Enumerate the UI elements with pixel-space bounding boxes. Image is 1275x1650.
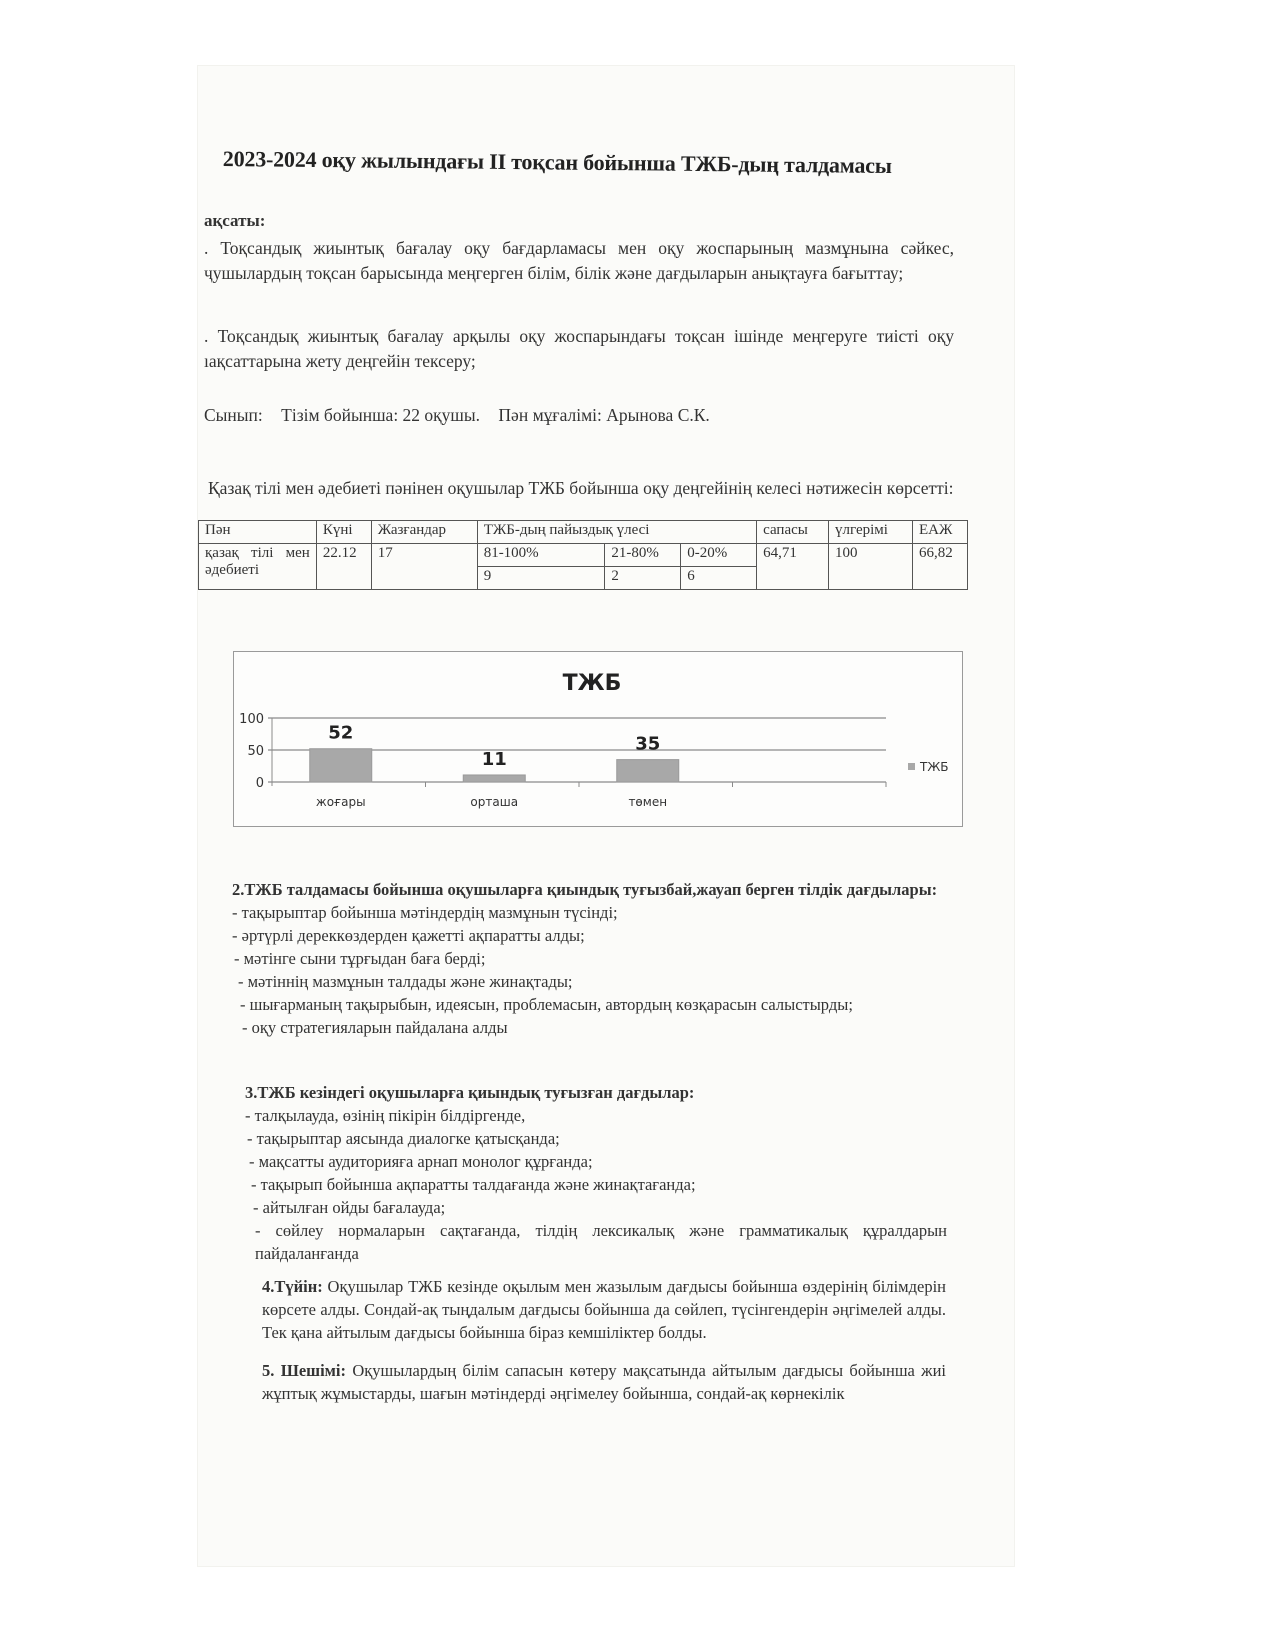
bar-0 [310,749,372,782]
list-item: - айтылған ойды бағалауда; [245,1196,947,1219]
header-share: ТЖБ-дың пайыздық үлесі [477,521,756,544]
section-decision: 5. Шешімі: Оқушылардың білім сапасын көт… [262,1359,946,1405]
header-date: Күні [316,521,371,544]
class-info: Сынып: Тізім бойынша: 22 оқушы. Пән мұға… [204,403,724,428]
teacher-name: Пән мұғалімі: Арынова С.К. [498,405,709,425]
svg-text:35: 35 [635,734,660,755]
cell-count-high: 9 [477,567,605,590]
goal-1: . Тоқсандық жиынтық бағалау оқу бағдарла… [204,236,954,286]
student-count: Тізім бойынша: 22 оқушы. [281,405,480,425]
tjb-bar-chart: ТЖБ05010052жоғары11орташа35төменТЖБ [233,651,963,827]
cell-range-low: 0-20% [681,544,757,567]
section-easy-skills: 2.ТЖБ талдамасы бойынша оқушыларға қиынд… [232,878,944,1039]
section-2-list: - тақырыптар бойынша мәтіндердің мазмұны… [232,901,944,1039]
svg-text:төмен: төмен [628,795,667,809]
table-row: қазақ тілі мен әдебиеті 22.12 17 81-100%… [199,544,968,567]
table-header-row: Пән Күні Жазғандар ТЖБ-дың пайыздық үлес… [199,521,968,544]
decision-label: 5. Шешімі: [262,1361,346,1380]
svg-text:жоғары: жоғары [316,795,366,809]
goal-label: ақсаты: [204,208,265,233]
header-subject: Пән [199,521,317,544]
section-conclusion: 4.Түйін: Оқушылар ТЖБ кезінде оқылым мен… [262,1275,946,1344]
list-item: - тақырып бойынша ақпаратты талдағанда ж… [245,1173,947,1196]
svg-text:11: 11 [482,749,507,770]
section-3-heading: 3.ТЖБ кезіндегі оқушыларға қиындық туғыз… [245,1081,947,1104]
header-writers: Жазғандар [371,521,477,544]
svg-text:52: 52 [328,723,353,744]
chart-title: ТЖБ [563,671,622,696]
svg-text:0: 0 [256,776,264,791]
svg-text:орташа: орташа [470,795,518,809]
cell-progress: 100 [829,544,913,590]
section-3-list: - талқылауда, өзінің пікірін білдіргенде… [245,1104,947,1265]
decision-text: Оқушылардың білім сапасын көтеру мақсаты… [262,1361,946,1403]
section-2-heading: 2.ТЖБ талдамасы бойынша оқушыларға қиынд… [232,878,944,901]
list-item: - тақырыптар аясында диалогке қатысқанда… [245,1127,947,1150]
svg-text:100: 100 [239,712,264,727]
chart-canvas: ТЖБ05010052жоғары11орташа35төменТЖБ [234,652,962,826]
bar-1 [463,775,525,782]
list-item: - мәтінге сыни тұрғыдан баға берді; [232,947,944,970]
results-intro: Қазақ тілі мен әдебиеті пәнінен оқушылар… [208,476,958,501]
list-item: - талқылауда, өзінің пікірін білдіргенде… [245,1104,947,1127]
cell-range-mid: 21-80% [605,544,681,567]
bar-2 [617,760,679,782]
goal-2: . Тоқсандық жиынтық бағалау арқылы оқу ж… [204,324,954,374]
cell-count-mid: 2 [605,567,681,590]
list-item: - тақырыптар бойынша мәтіндердің мазмұны… [232,901,944,924]
list-item: - әртүрлі дереккөздерден қажетті ақпарат… [232,924,944,947]
conclusion-label: 4.Түйін: [262,1277,323,1296]
cell-range-high: 81-100% [477,544,605,567]
header-eaj: ЕАЖ [912,521,967,544]
svg-text:ТЖБ: ТЖБ [919,760,949,774]
cell-quality: 64,71 [757,544,829,590]
section-hard-skills: 3.ТЖБ кезіндегі оқушыларға қиындық туғыз… [245,1081,947,1265]
list-item: - шығарманың тақырыбын, идеясын, проблем… [232,993,944,1016]
list-item: - мақсатты аудиторияға арнап монолог құр… [245,1150,947,1173]
cell-eaj: 66,82 [912,544,967,590]
list-item: - сөйлеу нормаларын сақтағанда, тілдің л… [245,1219,947,1265]
cell-date: 22.12 [316,544,371,590]
svg-text:50: 50 [247,744,264,759]
header-quality: сапасы [757,521,829,544]
cell-subject: қазақ тілі мен әдебиеті [199,544,317,590]
cell-count-low: 6 [681,567,757,590]
header-progress: үлгерімі [829,521,913,544]
list-item: - мәтіннің мазмұнын талдады және жинақта… [232,970,944,993]
cell-writers: 17 [371,544,477,590]
list-item: - оқу стратегияларын пайдалана алды [232,1016,944,1039]
results-table: Пән Күні Жазғандар ТЖБ-дың пайыздық үлес… [198,520,968,590]
class-label: Сынып: [204,405,263,425]
conclusion-text: Оқушылар ТЖБ кезінде оқылым мен жазылым … [262,1277,946,1342]
